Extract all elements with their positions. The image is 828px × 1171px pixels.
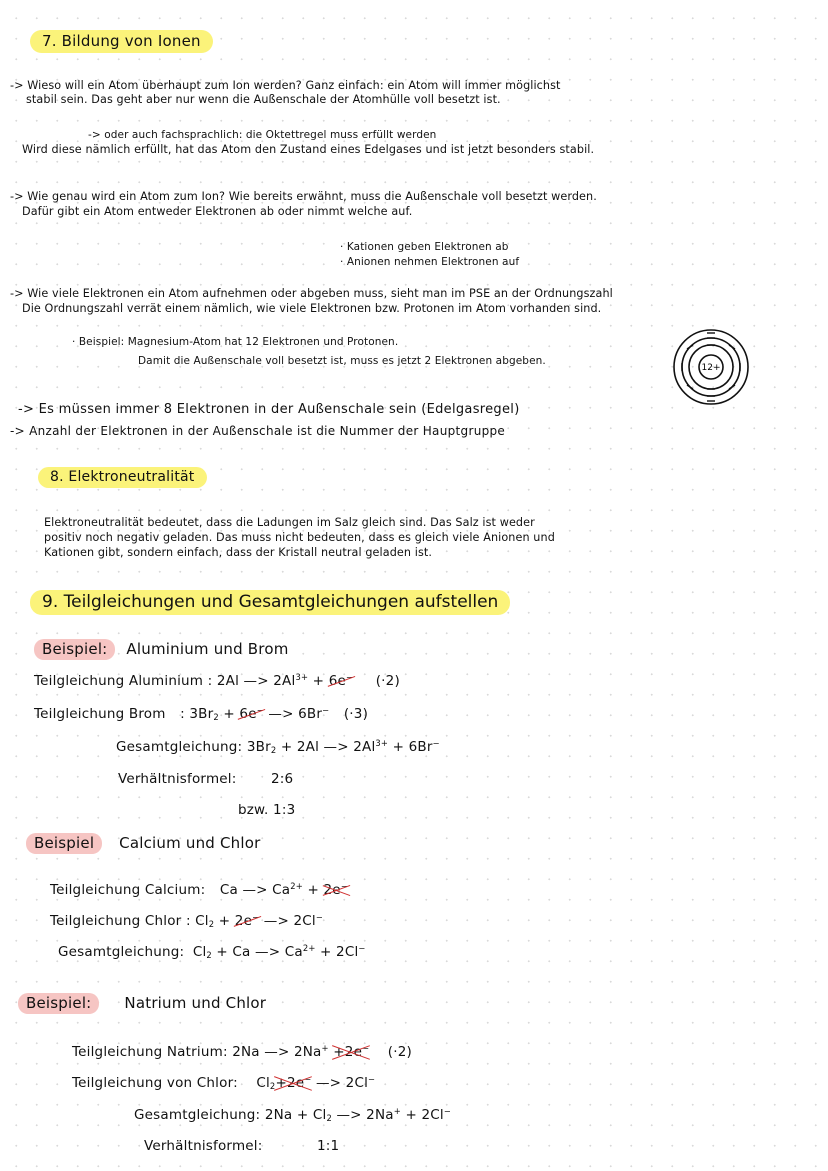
noble-gas-state-line: Wird diese nämlich erfüllt, hat das Atom… (22, 143, 594, 157)
equation-label: Teilgleichung Natrium: (72, 1044, 228, 1060)
partial-equation-calcium: Teilgleichung Calcium: Ca —> Ca2+ + 2e− (50, 882, 348, 898)
equation-label: Gesamtgleichung: (58, 944, 184, 960)
struck-electrons: 2e− (235, 913, 260, 929)
multiplication-factor: (·2) (388, 1044, 412, 1060)
nucleus-charge: 12+ (702, 363, 721, 373)
section-7-title: 7. Bildung von Ionen (42, 32, 201, 50)
example-tag: Beispiel: (34, 639, 115, 660)
equation-chlorine: : Cl2 + 2e− —> 2Cl− (186, 913, 323, 929)
example-tag: Beispiel (26, 833, 102, 854)
equation-label: Gesamtgleichung: (116, 739, 242, 755)
partial-equation-aluminium: Teilgleichung Aluminium : 2Al —> 2Al3+ +… (34, 673, 400, 689)
equation-sodium: 2Na —> 2Na+ +2e− (232, 1044, 369, 1060)
example-aluminium-bromine-header: Beispiel: Aluminium und Brom (34, 640, 289, 658)
paragraph-how-many-line1: -> Wie viele Elektronen ein Atom aufnehm… (10, 287, 613, 301)
overall-equation-sodium-chlorine: Gesamtgleichung: 2Na + Cl2 —> 2Na+ + 2Cl… (134, 1107, 451, 1123)
paragraph-how-many-line2: Die Ordnungszahl verrät einem nämlich, w… (22, 302, 601, 316)
equation-bromine: : 3Br2 + 6e− —> 6Br− (180, 706, 329, 722)
equation-label: Teilgleichung Chlor (50, 913, 181, 929)
electroneutrality-line2: positiv noch negativ geladen. Das muss n… (44, 531, 555, 545)
bullet-anions: · Anionen nehmen Elektronen auf (340, 255, 519, 269)
section-9-heading: 9. Teilgleichungen und Gesamtgleichungen… (30, 590, 510, 615)
ratio-value: 2:6 (271, 771, 293, 787)
magnesium-atom-shell-diagram: 12+ (672, 328, 750, 406)
section-8-title: 8. Elektroneutralität (50, 469, 195, 485)
magnesium-example-line1: · Beispiel: Magnesium-Atom hat 12 Elektr… (72, 335, 398, 349)
struck-electrons: +2e− (275, 1075, 311, 1091)
example-subject: Natrium und Chlor (124, 994, 266, 1012)
example-calcium-chlorine-header: Beispiel Calcium und Chlor (26, 834, 261, 852)
equation-overall: 3Br2 + 2Al —> 2Al3+ + 6Br− (247, 739, 440, 755)
equation-label: Teilgleichung Aluminium (34, 673, 203, 689)
partial-equation-chlorine: Teilgleichung Chlor : Cl2 + 2e− —> 2Cl− (50, 913, 323, 929)
ratio-label: Verhältnisformel: (118, 771, 237, 787)
partial-equation-chlorine-2: Teilgleichung von Chlor: Cl2+2e− —> 2Cl− (72, 1075, 375, 1091)
multiplication-factor: (·3) (344, 706, 368, 722)
ratio-label: Verhältnisformel: (144, 1138, 263, 1154)
example-subject: Calcium und Chlor (119, 834, 260, 852)
section-7-heading: 7. Bildung von Ionen (30, 30, 213, 53)
example-subject: Aluminium und Brom (126, 640, 288, 658)
paragraph-why-ion-line1: -> Wieso will ein Atom überhaupt zum Ion… (10, 79, 561, 93)
bullet-cations: · Kationen geben Elektronen ab (340, 240, 509, 254)
example-sodium-chlorine-header: Beispiel: Natrium und Chlor (18, 994, 266, 1012)
octet-rule-note: -> oder auch fachsprachlich: die Oktettr… (88, 128, 436, 142)
equation-label: Teilgleichung Brom (34, 706, 166, 722)
equation-chlorine: Cl2+2e− —> 2Cl− (256, 1075, 375, 1091)
section-8-heading: 8. Elektroneutralität (38, 467, 207, 488)
paragraph-how-ion-line2: Dafür gibt ein Atom entweder Elektronen … (22, 205, 412, 219)
ratio-simplified: bzw. 1:3 (238, 802, 295, 818)
partial-equation-sodium: Teilgleichung Natrium: 2Na —> 2Na+ +2e− … (72, 1044, 412, 1060)
struck-electrons: 2e− (324, 882, 349, 898)
multiplication-factor: (·2) (376, 673, 400, 689)
equation-overall: 2Na + Cl2 —> 2Na+ + 2Cl− (265, 1107, 451, 1123)
equation-aluminium: : 2Al —> 2Al3+ + 6e− (208, 673, 354, 689)
electroneutrality-line1: Elektroneutralität bedeutet, dass die La… (44, 516, 535, 530)
section-9-title: 9. Teilgleichungen und Gesamtgleichungen… (42, 592, 498, 612)
ratio-value: 1:1 (317, 1138, 339, 1154)
ratio-formula-sodium-chlorine: Verhältnisformel: 1:1 (144, 1138, 339, 1154)
struck-electrons: 6e− (329, 673, 354, 689)
equation-calcium: Ca —> Ca2+ + 2e− (220, 882, 348, 898)
noble-gas-rule: -> Es müssen immer 8 Elektronen in der A… (18, 402, 520, 417)
struck-electrons: +2e− (333, 1044, 369, 1060)
paragraph-how-ion-line1: -> Wie genau wird ein Atom zum Ion? Wie … (10, 190, 597, 204)
equation-label: Teilgleichung von Chlor: (72, 1075, 238, 1091)
partial-equation-bromine: Teilgleichung Brom : 3Br2 + 6e− —> 6Br− … (34, 706, 368, 722)
equation-label: Gesamtgleichung: (134, 1107, 260, 1123)
example-tag: Beispiel: (18, 993, 99, 1014)
overall-equation-aluminium-bromine: Gesamtgleichung: 3Br2 + 2Al —> 2Al3+ + 6… (116, 739, 440, 755)
equation-overall: Cl2 + Ca —> Ca2+ + 2Cl− (193, 944, 366, 960)
equation-label: Teilgleichung Calcium: (50, 882, 205, 898)
magnesium-example-line2: Damit die Außenschale voll besetzt ist, … (138, 354, 546, 368)
ratio-formula-aluminium-bromine: Verhältnisformel: 2:6 (118, 771, 293, 787)
paragraph-why-ion-line2: stabil sein. Das geht aber nur wenn die … (26, 93, 501, 107)
main-group-rule: -> Anzahl der Elektronen in der Außensch… (10, 424, 505, 438)
electroneutrality-line3: Kationen gibt, sondern einfach, dass der… (44, 546, 432, 560)
overall-equation-calcium-chlorine: Gesamtgleichung: Cl2 + Ca —> Ca2+ + 2Cl− (58, 944, 366, 960)
struck-electrons: 6e− (239, 706, 264, 722)
